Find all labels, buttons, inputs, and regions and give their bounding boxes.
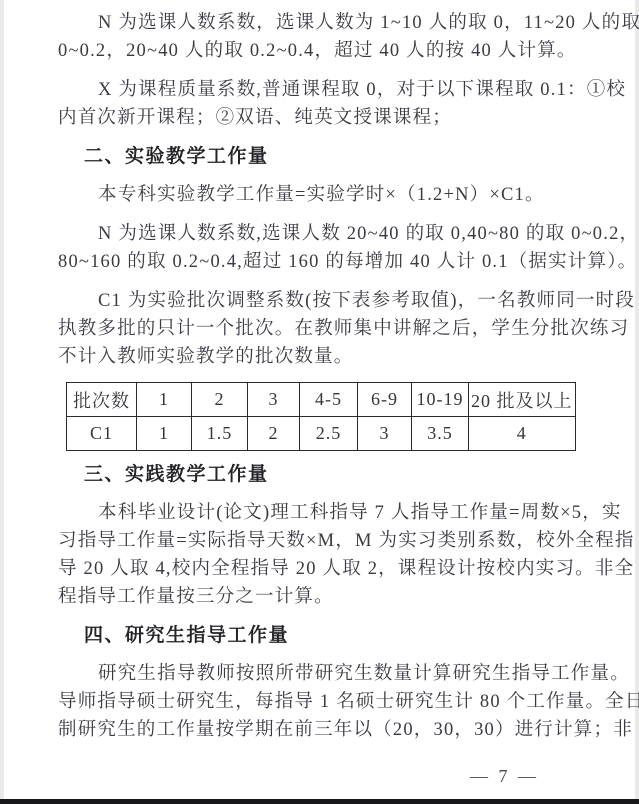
batch-coefficient-table: 批次数 1 2 3 4-5 6-9 10-19 20 批及以上 C1 1 1.5…: [66, 382, 576, 451]
table-row-c1-value: C1 1 1.5 2 2.5 3 3.5 4: [67, 417, 576, 451]
page-number: — 7 —: [470, 766, 539, 787]
page-edge-right: [635, 0, 639, 804]
table-cell: 3.5: [412, 417, 469, 451]
paragraph-line: X 为课程质量系数,普通课程取 0，对于以下课程取 0.1：①校: [58, 76, 609, 104]
table-cell: 4: [469, 417, 576, 451]
paragraph-line: 研究生指导教师按照所带研究生数量计算研究生指导工作量。: [58, 660, 609, 688]
paragraph-line: 内首次新开课程；②双语、纯英文授课课程；: [58, 104, 609, 132]
table-cell: 10-19: [412, 383, 469, 417]
section-heading-experiment-teaching: 二、实验教学工作量: [58, 143, 609, 171]
paragraph-x-coefficient: X 为课程质量系数,普通课程取 0，对于以下课程取 0.1：①校 内首次新开课程…: [58, 76, 609, 132]
table-row-batch-count: 批次数 1 2 3 4-5 6-9 10-19 20 批及以上: [67, 383, 576, 417]
paragraph-line: 程指导工作量按三分之一计算。: [58, 583, 609, 611]
paragraph-line: C1 为实验批次调整系数(按下表参考取值)，一名教师同一时段: [58, 287, 609, 315]
paragraph-n-coefficient-theory: N 为选课人数系数，选课人数为 1~10 人的取 0，11~20 人的取 0~0…: [58, 9, 609, 65]
table-cell: 2.5: [300, 417, 358, 451]
section-heading-graduate-supervision: 四、研究生指导工作量: [58, 622, 609, 650]
paragraph-line: 不计入教师实验教学的批次数量。: [58, 343, 609, 371]
paragraph-line: 制研究生的工作量按学期在前三年以（20，30，30）进行计算；非: [58, 716, 609, 744]
table-cell: 1: [137, 383, 192, 417]
paragraph-line: N 为选课人数系数，选课人数为 1~10 人的取 0，11~20 人的取: [58, 9, 609, 37]
paragraph-experiment-formula: 本专科实验教学工作量=实验学时×（1.2+N）×C1。: [58, 181, 609, 209]
table-cell: 1: [137, 417, 192, 451]
table-cell: C1: [67, 417, 137, 451]
table-cell: 2: [248, 417, 300, 451]
table-cell: 批次数: [67, 383, 137, 417]
paragraph-practice-workload: 本科毕业设计(论文)理工科指导 7 人指导工作量=周数×5，实 习指导工作量=实…: [58, 499, 609, 611]
paragraph-c1-coefficient: C1 为实验批次调整系数(按下表参考取值)，一名教师同一时段 执教多批的只计一个…: [58, 287, 609, 371]
page-bottom-edge: [0, 799, 639, 804]
page-edge-left: [0, 0, 4, 804]
table-cell: 6-9: [358, 383, 412, 417]
table-cell: 20 批及以上: [469, 383, 576, 417]
paragraph-line: 执教多批的只计一个批次。在教师集中讲解之后，学生分批次练习: [58, 315, 609, 343]
table-cell: 2: [192, 383, 248, 417]
paragraph-line: 导 20 人取 4,校内全程指导 20 人取 2，课程设计按校内实习。非全: [58, 555, 609, 583]
table-cell: 1.5: [192, 417, 248, 451]
paragraph-line: N 为选课人数系数,选课人数 20~40 的取 0,40~80 的取 0~0.2…: [58, 220, 609, 248]
paragraph-line: 本专科实验教学工作量=实验学时×（1.2+N）×C1。: [58, 181, 609, 209]
table-cell: 3: [358, 417, 412, 451]
document-body: N 为选课人数系数，选课人数为 1~10 人的取 0，11~20 人的取 0~0…: [58, 9, 609, 755]
paragraph-line: 习指导工作量=实际指导天数×M，M 为实习类别系数，校外全程指: [58, 527, 609, 555]
table-cell: 3: [248, 383, 300, 417]
paragraph-graduate-workload: 研究生指导教师按照所带研究生数量计算研究生指导工作量。 导师指导硕士研究生，每指…: [58, 660, 609, 744]
paragraph-line: 80~160 的取 0.2~0.4,超过 160 的每增加 40 人计 0.1（…: [58, 248, 609, 276]
table-cell: 4-5: [300, 383, 358, 417]
paragraph-line: 0~0.2，20~40 人的取 0.2~0.4，超过 40 人的按 40 人计算…: [58, 37, 609, 65]
paragraph-line: 导师指导硕士研究生，每指导 1 名硕士研究生计 80 个工作量。全日: [58, 688, 609, 716]
section-heading-practice-teaching: 三、实践教学工作量: [58, 461, 609, 489]
paragraph-n-coefficient-experiment: N 为选课人数系数,选课人数 20~40 的取 0,40~80 的取 0~0.2…: [58, 220, 609, 276]
paragraph-line: 本科毕业设计(论文)理工科指导 7 人指导工作量=周数×5，实: [58, 499, 609, 527]
document-page: { "document": { "blocks": [ { "type": "p…: [0, 0, 639, 804]
